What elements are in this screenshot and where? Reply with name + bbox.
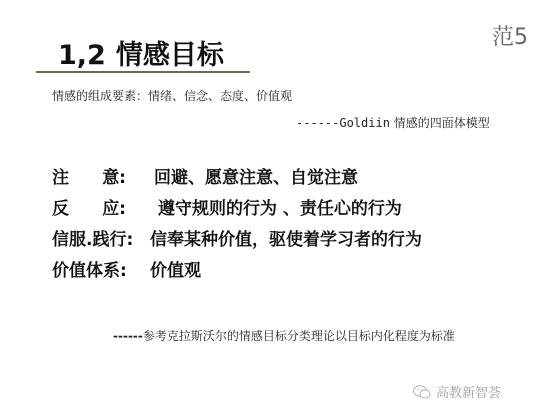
title-text: 情感目标 xyxy=(116,40,224,71)
slide-title: 1,2情感目标 xyxy=(58,33,224,72)
watermark-text: 高教新智荟 xyxy=(436,382,501,401)
label-right: 应: xyxy=(102,194,126,219)
slide-number-tag: 范5 xyxy=(492,20,528,51)
row-value: 信奉某种价值，驱使着学习者的行为 xyxy=(150,225,422,250)
row-label: 价值体系: xyxy=(52,256,127,281)
citation-dashes: ------ xyxy=(296,116,339,130)
row-value: 回避、愿意注意、自觉注意 xyxy=(154,163,358,188)
wechat-icon xyxy=(412,384,432,400)
title-underline xyxy=(36,71,250,73)
standard-source-citation: ------参考克拉斯沃尔的情感目标分类理论以目标内化程度为标准 xyxy=(113,327,455,344)
label-right: 意: xyxy=(102,163,126,188)
citation-author: Goldiin xyxy=(339,116,390,130)
row-label: 注意: xyxy=(52,163,126,188)
row-value: 遵守规则的行为 、责任心的行为 xyxy=(158,194,402,219)
watermark: 高教新智荟 xyxy=(412,382,501,401)
model-source-citation: ------Goldiin 情感的四面体模型 xyxy=(296,114,490,131)
composition-text: 情感的组成要素：情绪、信念、态度、价值观 xyxy=(52,87,292,104)
row-label: 反应: xyxy=(52,194,126,219)
label-left: 反 xyxy=(52,194,69,219)
citation-dashes: ------ xyxy=(113,329,143,343)
title-number: 1,2 xyxy=(58,40,106,71)
row-value: 价值观 xyxy=(150,256,201,281)
citation-text: 参考克拉斯沃尔的情感目标分类理论以目标内化程度为标准 xyxy=(143,329,455,343)
citation-text: 情感的四面体模型 xyxy=(390,116,490,130)
label-left: 注 xyxy=(52,163,69,188)
row-label: 信服.践行: xyxy=(52,225,133,250)
